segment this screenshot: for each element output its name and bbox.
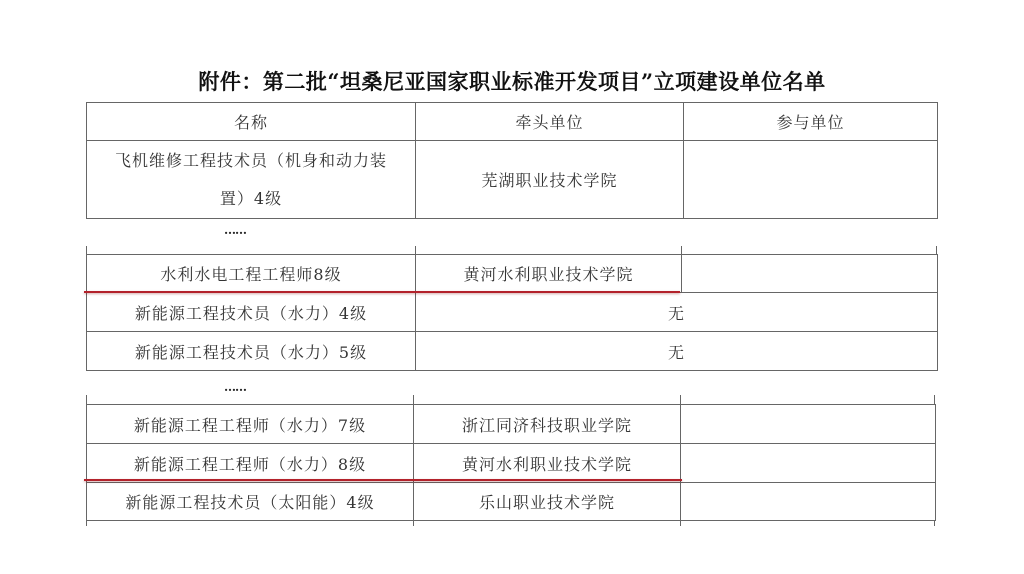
divider (86, 520, 87, 526)
name-line-2: 置）4级 (220, 189, 282, 208)
cell-lead-unit: 黄河水利职业技术学院 (416, 255, 682, 293)
cell-name: 新能源工程工程师（水力）8级 (87, 444, 414, 483)
header-participants: 参与单位 (684, 103, 938, 141)
cell-name: 飞机维修工程技术员（机身和动力装 置）4级 (87, 141, 416, 219)
table-section-3: 新能源工程工程师（水力）7级 浙江同济科技职业学院 新能源工程工程师（水力）8级… (86, 404, 936, 521)
name-line-1: 飞机维修工程技术员（机身和动力装 (115, 151, 387, 170)
divider (413, 395, 414, 404)
cell-lead-unit: 乐山职业技术学院 (414, 483, 681, 521)
table-row: 新能源工程技术员（太阳能）4级 乐山职业技术学院 (87, 483, 936, 521)
ellipsis-2: …… (224, 380, 246, 394)
divider (86, 218, 937, 219)
cell-merged-none: 无 (416, 293, 938, 332)
cell-participants (682, 255, 938, 293)
cell-name: 新能源工程技术员（太阳能）4级 (87, 483, 414, 521)
divider (934, 395, 935, 404)
divider (681, 246, 682, 254)
cell-participants (684, 141, 938, 219)
table-section-2: 水利水电工程工程师8级 黄河水利职业技术学院 新能源工程技术员（水力）4级 无 … (86, 254, 938, 371)
highlight-underline (84, 479, 682, 481)
divider (86, 395, 87, 404)
cell-name: 新能源工程技术员（水力）5级 (87, 332, 416, 371)
divider (415, 246, 416, 254)
header-lead-unit: 牵头单位 (416, 103, 684, 141)
ellipsis-1: …… (224, 223, 246, 237)
cell-name: 水利水电工程工程师8级 (87, 255, 416, 293)
table-row: 新能源工程工程师（水力）7级 浙江同济科技职业学院 (87, 405, 936, 444)
table-section-1: 名称 牵头单位 参与单位 飞机维修工程技术员（机身和动力装 置）4级 芜湖职业技… (86, 102, 938, 219)
cell-lead-unit: 黄河水利职业技术学院 (414, 444, 681, 483)
table-header-row: 名称 牵头单位 参与单位 (87, 103, 938, 141)
divider (680, 520, 681, 526)
header-name: 名称 (87, 103, 416, 141)
table-row: 水利水电工程工程师8级 黄河水利职业技术学院 (87, 255, 938, 293)
divider (680, 395, 681, 404)
highlight-underline (84, 291, 680, 293)
divider (413, 520, 414, 526)
table-row: 新能源工程工程师（水力）8级 黄河水利职业技术学院 (87, 444, 936, 483)
cell-lead-unit: 芜湖职业技术学院 (416, 141, 684, 219)
cell-name: 新能源工程技术员（水力）4级 (87, 293, 416, 332)
cell-lead-unit: 浙江同济科技职业学院 (414, 405, 681, 444)
cell-merged-none: 无 (416, 332, 938, 371)
cell-participants (681, 444, 936, 483)
cell-name: 新能源工程工程师（水力）7级 (87, 405, 414, 444)
cell-participants (681, 405, 936, 444)
table-row: 飞机维修工程技术员（机身和动力装 置）4级 芜湖职业技术学院 (87, 141, 938, 219)
divider (934, 520, 935, 526)
table-row: 新能源工程技术员（水力）4级 无 (87, 293, 938, 332)
document-title: 附件：第二批“坦桑尼亚国家职业标准开发项目”立项建设单位名单 (0, 66, 1024, 96)
divider (936, 246, 937, 254)
divider (86, 246, 87, 254)
cell-participants (681, 483, 936, 521)
table-row: 新能源工程技术员（水力）5级 无 (87, 332, 938, 371)
